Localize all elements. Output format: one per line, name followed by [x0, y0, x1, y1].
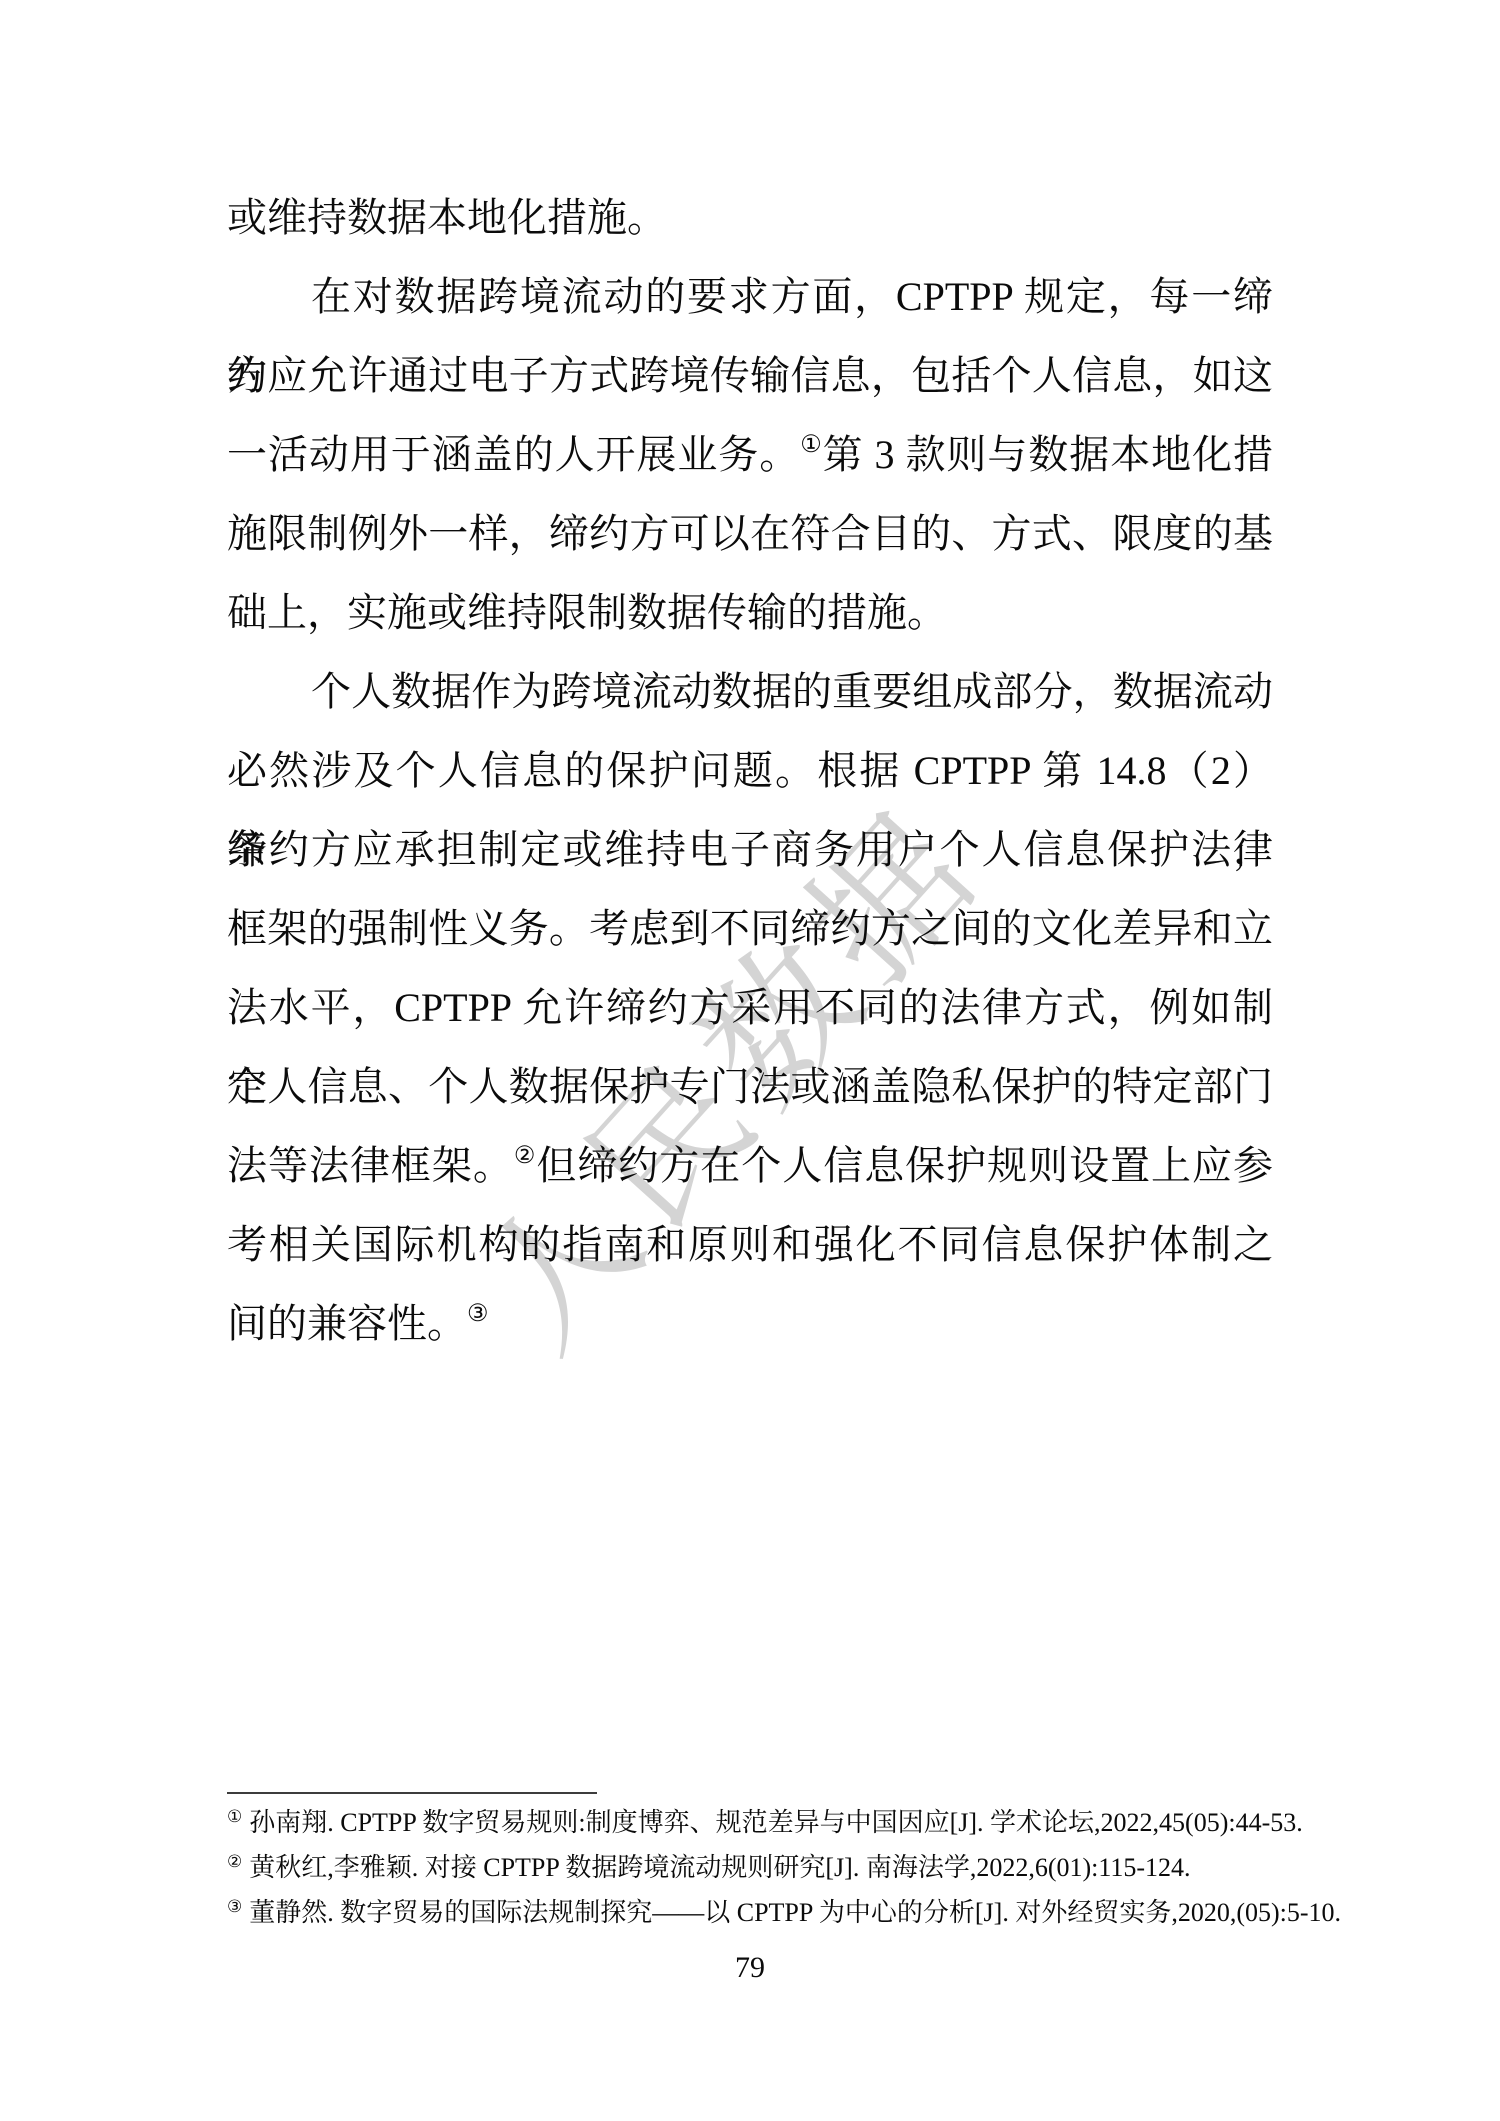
- page-number: 79: [0, 1948, 1500, 1988]
- body-line-9: 缔约方应承担制定或维持电子商务用户个人信息保护法律: [227, 810, 1273, 889]
- body-line-4: 一活动用于涵盖的人开展业务。①第 3 款则与数据本地化措: [227, 415, 1273, 494]
- footnote-ref-2: ②: [514, 1143, 537, 1169]
- line-text: 方应允许通过电子方式跨境传输信息，包括个人信息，如这: [227, 353, 1273, 398]
- document-page: 人民数据 或维持数据本地化措施。 在对数据跨境流动的要求方面，CPTPP 规定，…: [0, 0, 1500, 2121]
- footnote-marker-3: ③: [227, 1897, 242, 1916]
- body-line-15: 间的兼容性。③: [227, 1284, 1273, 1363]
- footnote-item-1: ①孙南翔. CPTPP 数字贸易规则:制度博弈、规范差异与中国因应[J]. 学术…: [227, 1800, 1287, 1845]
- line-text: 考相关国际机构的指南和原则和强化不同信息保护体制之: [227, 1222, 1273, 1267]
- line-text: 框架的强制性义务。考虑到不同缔约方之间的文化差异和立: [227, 906, 1273, 951]
- body-line-8: 必然涉及个人信息的保护问题。根据 CPTPP 第 14.8（2）条，: [227, 731, 1273, 810]
- line-text: 施限制例外一样，缔约方可以在符合目的、方式、限度的基: [227, 511, 1273, 556]
- body-line-14: 考相关国际机构的指南和原则和强化不同信息保护体制之: [227, 1205, 1273, 1284]
- line-text: 个人信息、个人数据保护专门法或涵盖隐私保护的特定部门: [227, 1064, 1273, 1109]
- body-line-11: 法水平，CPTPP 允许缔约方采用不同的法律方式，例如制定: [227, 968, 1273, 1047]
- line-text: 第 3 款则与数据本地化措: [823, 432, 1273, 477]
- line-text: 但缔约方在个人信息保护规则设置上应参: [536, 1143, 1273, 1188]
- line-text: 法等法律框架。: [227, 1143, 514, 1188]
- footnote-text-1: 孙南翔. CPTPP 数字贸易规则:制度博弈、规范差异与中国因应[J]. 学术论…: [249, 1808, 1303, 1837]
- body-line-12: 个人信息、个人数据保护专门法或涵盖隐私保护的特定部门: [227, 1047, 1273, 1126]
- body-line-13: 法等法律框架。②但缔约方在个人信息保护规则设置上应参: [227, 1126, 1273, 1205]
- footnote-text-3: 董静然. 数字贸易的国际法规制探究——以 CPTPP 为中心的分析[J]. 对外…: [249, 1898, 1341, 1927]
- footnote-ref-3: ③: [467, 1301, 489, 1327]
- body-line-10: 框架的强制性义务。考虑到不同缔约方之间的文化差异和立: [227, 889, 1273, 968]
- line-text: 或维持数据本地化措施。: [227, 195, 667, 240]
- footnote-marker-1: ①: [227, 1807, 242, 1826]
- footnote-text-2: 黄秋红,李雅颖. 对接 CPTPP 数据跨境流动规则研究[J]. 南海法学,20…: [249, 1853, 1190, 1882]
- footnote-item-3: ③董静然. 数字贸易的国际法规制探究——以 CPTPP 为中心的分析[J]. 对…: [227, 1890, 1287, 1935]
- footnote-separator: [227, 1792, 597, 1794]
- line-text: 缔约方应承担制定或维持电子商务用户个人信息保护法律: [227, 827, 1273, 872]
- line-text: 一活动用于涵盖的人开展业务。: [227, 432, 800, 477]
- body-line-1: 或维持数据本地化措施。: [227, 178, 1273, 257]
- line-text: 间的兼容性。: [227, 1301, 467, 1346]
- body-line-5: 施限制例外一样，缔约方可以在符合目的、方式、限度的基: [227, 494, 1273, 573]
- body-text-block: 或维持数据本地化措施。 在对数据跨境流动的要求方面，CPTPP 规定，每一缔约 …: [227, 178, 1273, 1363]
- line-text: 个人数据作为跨境流动数据的重要组成部分，数据流动: [311, 669, 1273, 714]
- body-line-3: 方应允许通过电子方式跨境传输信息，包括个人信息，如这: [227, 336, 1273, 415]
- footnote-marker-2: ②: [227, 1852, 242, 1871]
- body-line-6: 础上，实施或维持限制数据传输的措施。: [227, 573, 1273, 652]
- line-text: 础上，实施或维持限制数据传输的措施。: [227, 590, 947, 635]
- body-line-7: 个人数据作为跨境流动数据的重要组成部分，数据流动: [227, 652, 1273, 731]
- footnotes-block: ①孙南翔. CPTPP 数字贸易规则:制度博弈、规范差异与中国因应[J]. 学术…: [227, 1800, 1287, 1935]
- footnote-ref-1: ①: [800, 432, 822, 458]
- footnote-item-2: ②黄秋红,李雅颖. 对接 CPTPP 数据跨境流动规则研究[J]. 南海法学,2…: [227, 1845, 1287, 1890]
- body-line-2: 在对数据跨境流动的要求方面，CPTPP 规定，每一缔约: [227, 257, 1273, 336]
